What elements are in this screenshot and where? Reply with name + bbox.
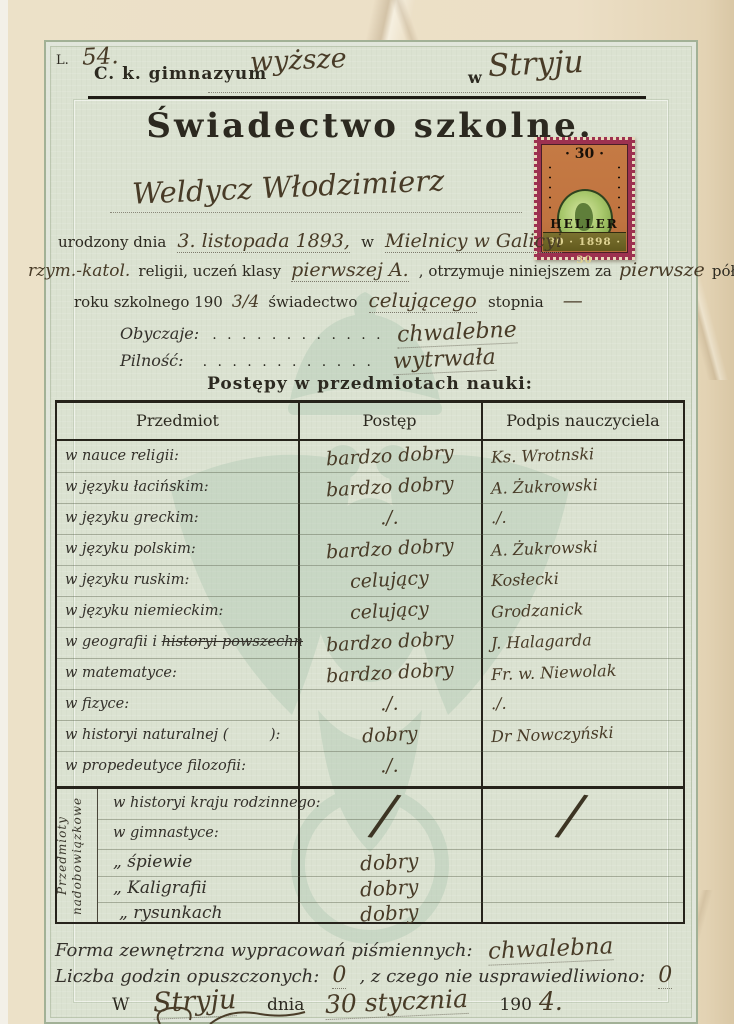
subject-label: w historyi kraju rodzinnego: [105, 789, 351, 818]
teacher-signature: ./. [490, 503, 507, 533]
grade-cell: dobry [300, 849, 479, 877]
place-prefix: W [112, 995, 129, 1015]
table-row: w historyi naturalnej ( ): dobry Dr Nowc… [57, 720, 683, 752]
grade-value: dobry [361, 719, 418, 752]
year-printed: 190 [499, 995, 531, 1015]
teacher-signature: A. Żukrowski [491, 472, 599, 502]
table-row: w języku greckim: ./. ./. [57, 503, 683, 535]
printed-text: półrocze [712, 262, 734, 280]
subject-label: w języku niemieckim: [57, 596, 303, 626]
subject-label: w języku polskim: [57, 534, 303, 564]
table-row: w nauce religii: bardzo dobry Ks. Wrotns… [57, 441, 683, 473]
subject-label: w fizyce: [57, 689, 303, 719]
optional-subjects-vertical-label: Przedmioty nadobowiązkowe [55, 789, 99, 922]
signature-cell: A. Żukrowski [485, 472, 689, 502]
written-work-line: Forma zewnętrzna wypracowań piśmiennych:… [55, 936, 613, 963]
subject-label: w języku greckim: [57, 503, 303, 533]
header-dotted-line [208, 92, 640, 93]
printed-text: , otrzymuje niniejszem za [419, 262, 612, 280]
dotted-leader: . . . . . . . . . . . . [212, 327, 383, 343]
written-work-value: chwalebna [487, 933, 613, 965]
subject-text: w geografii i [65, 634, 162, 650]
grade-value: bardzo dobry [325, 469, 454, 506]
stamp-currency: HELLER [542, 217, 627, 231]
signature-cell: Grodzanick [485, 596, 689, 626]
grade-value: ./. [379, 689, 399, 720]
grade-cell: dobry [300, 876, 479, 902]
teacher-signature: A. Żukrowski [491, 534, 599, 564]
table-row: w matematyce: bardzo dobry Fr. w. Niewol… [57, 658, 683, 690]
city-handwritten: Stryju [487, 44, 584, 84]
name-dotted-line [110, 212, 522, 213]
written-work-label: Forma zewnętrzna wypracowań piśmiennych: [55, 940, 473, 961]
table-row: w propedeutyce filozofii: ./. [57, 751, 683, 782]
table-row: w języku łacińskim: bardzo dobry A. Żukr… [57, 472, 683, 504]
teacher-signature: Grodzanick [491, 596, 584, 626]
teacher-signature: Dr Nowczyński [491, 720, 615, 750]
school-type-handwritten: wyższe [249, 43, 347, 78]
subject-label: w języku łacińskim: [57, 472, 303, 502]
table-row: w geografii i historyi powszechnej: bard… [57, 627, 683, 659]
subject-label: w gimnastyce: [105, 819, 351, 848]
student-name: Weldycz Włodzimierz [131, 163, 445, 211]
subject-label: w matematyce: [57, 658, 303, 688]
signature-cell: J. Halagarda [485, 627, 689, 657]
grade-value: bardzo dobry [325, 655, 454, 692]
subject-label: w geografii i historyi powszechnej: [57, 627, 303, 657]
signature-cell: ./. [485, 503, 689, 533]
semester-handwritten: pierwsze [619, 259, 705, 281]
grade-value: dobry [360, 874, 420, 902]
content-layer: L. 54. C. k. gimnazyum wyższe w Stryju Ś… [0, 0, 734, 1024]
subject-label: w historyi naturalnej ( ): [57, 720, 303, 750]
grade-value: dobry [360, 847, 420, 876]
religion-class-line: rzym.-katol. religii, uczeń klasy pierws… [28, 259, 734, 281]
grade-value: celujący [349, 594, 429, 628]
unexcused-value: 0 [658, 963, 672, 989]
grade-value: ./. [379, 503, 399, 534]
school-year-line: roku szkolnego 190 3/4 świadectwo celują… [74, 288, 583, 312]
signature-cell: Fr. w. Niewolak [485, 658, 689, 688]
signature-cell: Ks. Wrotnski [485, 441, 689, 471]
grade-cell: ./. [300, 751, 479, 782]
absences-label: Liczba godzin opuszczonych: [55, 966, 319, 987]
grade-cell: bardzo dobry [300, 627, 479, 658]
grade-cell: bardzo dobry [300, 441, 479, 472]
header-grade: Postęp [300, 403, 479, 439]
header-signature: Podpis nauczyciela [483, 403, 683, 439]
subject-label: w propedeutyce filozofii: [57, 751, 303, 781]
table-row: „ Kaligrafii dobry [97, 876, 683, 903]
grade-cell: celujący [300, 596, 479, 627]
signature-cell [485, 751, 689, 781]
printed-text: urodzony dnia [58, 233, 166, 251]
table-row: w języku ruskim: celujący Kosłecki [57, 565, 683, 597]
unexcused-label: , z czego nie usprawiedliwiono: [359, 966, 645, 987]
subject-struck-text: historyi powszechnej [162, 634, 303, 650]
printed-text: stopnia [488, 293, 544, 311]
conduct-label: Obyczaje: [120, 324, 199, 343]
grade-value: celujący [349, 563, 429, 597]
grade-cell: bardzo dobry [300, 534, 479, 565]
stamp-ornament-column-icon [544, 163, 556, 212]
year-handwritten: 4. [539, 987, 563, 1016]
grade-cell: dobry [300, 902, 479, 926]
diligence-line: Pilność: . . . . . . . . . . . . wytrwał… [120, 347, 496, 373]
grade-cell: celujący [300, 565, 479, 596]
grade-cell: ./. [300, 503, 479, 534]
diligence-value: wytrwała [393, 345, 497, 375]
school-printed-label: C. k. gimnazyum [94, 64, 267, 84]
year-fraction-handwritten: 3/4 [232, 292, 259, 312]
reference-label: L. [56, 53, 69, 68]
teacher-signature: J. Halagarda [491, 627, 593, 657]
religion-handwritten: rzym.-katol. [28, 261, 130, 281]
conduct-line: Obyczaje: . . . . . . . . . . . . chwale… [120, 320, 516, 346]
table-row: „ śpiewie dobry [97, 849, 683, 877]
grade-cell: bardzo dobry [300, 472, 479, 503]
birthplace-handwritten: Mielnicy w Galicyi [385, 230, 562, 253]
grade-cell: bardzo dobry [300, 658, 479, 689]
printed-text: świadectwo [268, 293, 357, 311]
grade-value: dobry [360, 900, 420, 925]
table-heading: Postępy w przedmiotach nauki: [55, 374, 685, 394]
class-handwritten: pierwszej A. [291, 259, 409, 282]
optional-subjects-strip: Przedmioty nadobowiązkowe [57, 789, 98, 922]
conduct-value: chwalebne [396, 317, 517, 348]
signature-cell: Dr Nowczyński [485, 720, 689, 750]
teacher-signature: Ks. Wrotnski [491, 441, 595, 471]
subject-label: w nauce religii: [57, 441, 303, 471]
table-row: „ rysunkach dobry [97, 902, 683, 924]
grade-overall-handwritten: celującego [369, 288, 477, 313]
teacher-signature: Fr. w. Niewolak [491, 658, 617, 688]
header-underline [88, 96, 646, 99]
printed-text: roku szkolnego 190 [74, 293, 223, 311]
in-label: w [468, 68, 482, 87]
signature-cell: ./. [485, 689, 689, 719]
grades-table: Przedmiot Postęp Podpis nauczyciela w na… [55, 400, 685, 924]
signature-cell: A. Żukrowski [485, 534, 689, 564]
birthdate-handwritten: 3. listopada 1893, [177, 230, 350, 253]
grade-value: ./. [379, 751, 399, 782]
table-row: w języku niemieckim: celujący Grodzanick [57, 596, 683, 628]
signature-cell: Kosłecki [485, 565, 689, 595]
table-row: w fizyce: ./. ./. [57, 689, 683, 721]
dotted-leader: . . . . . . . . . . . . [203, 354, 374, 370]
printed-text: w [361, 233, 374, 251]
printed-text: religii, uczeń klasy [138, 262, 281, 280]
teacher-signature: Kosłecki [490, 565, 559, 595]
signature-flourish [150, 1006, 310, 1024]
diligence-label: Pilność: [120, 351, 184, 370]
birth-line: urodzony dnia 3. listopada 1893, w Mieln… [58, 230, 562, 252]
grade-value: bardzo dobry [325, 531, 454, 568]
subject-label: w języku ruskim: [57, 565, 303, 595]
stamp-ornament-column-icon [613, 163, 625, 212]
stamp-value: 30 [542, 146, 627, 162]
grade-cell: ./. [300, 689, 479, 720]
header-subject: Przedmiot [57, 403, 298, 439]
grade-cell: dobry [300, 720, 479, 751]
absences-line: Liczba godzin opuszczonych: 0 , z czego … [55, 963, 672, 988]
teacher-signature: ./. [490, 689, 507, 719]
date-value: 30 stycznia [325, 984, 469, 1020]
dash-handwritten: — [563, 288, 583, 312]
table-row: w języku polskim: bardzo dobry A. Żukrow… [57, 534, 683, 566]
table-header-row: Przedmiot Postęp Podpis nauczyciela [57, 403, 683, 441]
